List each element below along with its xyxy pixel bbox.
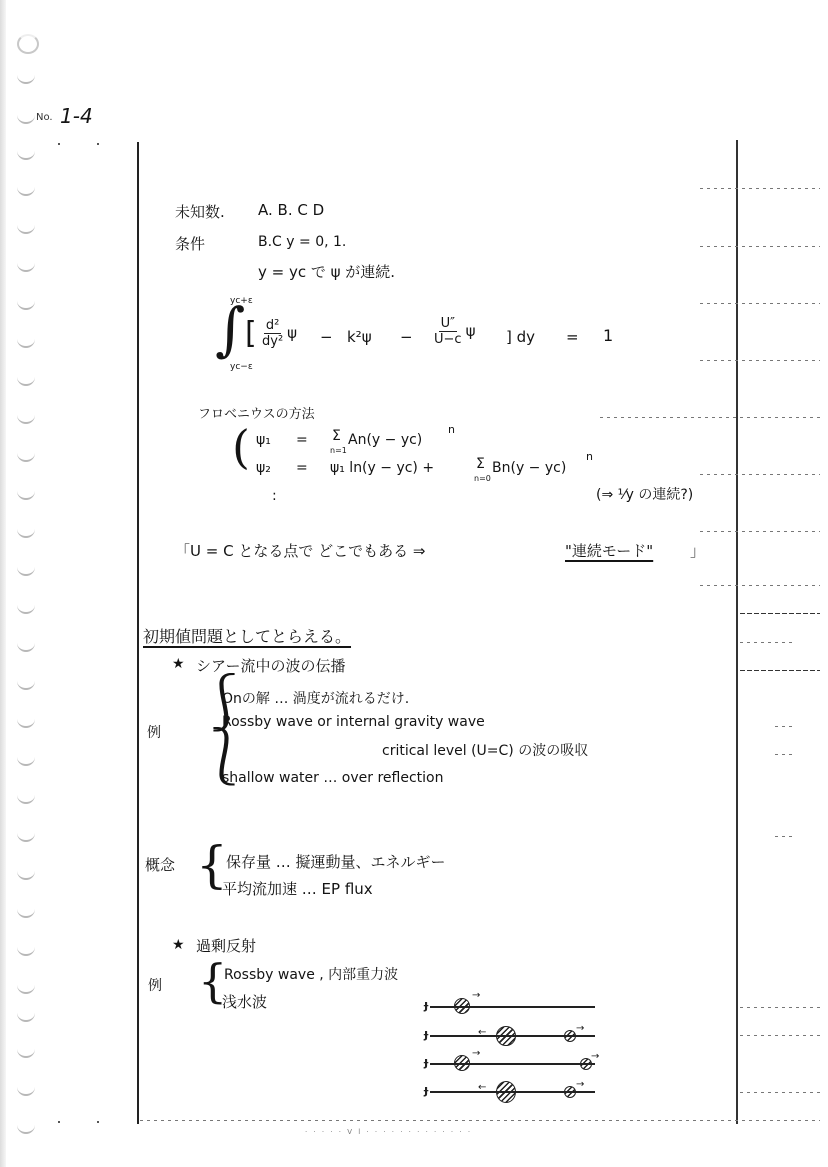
integral-upper-limit: yc+ε — [230, 296, 253, 306]
shear-numerator: U″ — [439, 316, 457, 332]
star-bullet-icon: ★ — [172, 656, 185, 672]
binder-hole — [17, 148, 35, 160]
binder-hole — [17, 792, 35, 804]
page-number: 1-4 — [60, 104, 93, 128]
sum-sign: Σ — [332, 428, 341, 444]
ruled-line — [775, 754, 795, 755]
binder-hole — [17, 1010, 35, 1022]
open-bracket: [ — [245, 316, 257, 351]
source-mark: ɟ — [424, 998, 428, 1012]
concept-item: 平均流加速 … EP flux — [222, 878, 373, 899]
psi2-series: Bn(y − yc) — [492, 460, 566, 476]
conditions-label: 条件 — [175, 233, 205, 254]
ruled-line — [740, 613, 820, 614]
binder-hole — [17, 72, 35, 84]
ruled-line — [740, 670, 820, 671]
k-squared-term: k²ψ — [347, 328, 372, 346]
binder-hole — [17, 640, 35, 652]
unknowns-label: 未知数. — [175, 201, 225, 222]
binder-hole — [17, 982, 35, 994]
example-item: 浅水波 — [222, 991, 267, 1012]
psi1-series: An(y − yc) — [348, 432, 422, 448]
integral-lower-limit: yc−ε — [230, 362, 253, 372]
scan-artifact: · · · · · V l · · · · · · · · · · · · · — [305, 1128, 472, 1136]
binder-hole — [17, 830, 35, 842]
sum-sign: Σ — [476, 456, 485, 472]
resonance-statement: 「U = C となる点で どこでもある ⇒ — [175, 540, 425, 561]
example-label: 例 — [148, 975, 162, 995]
ruled-line — [775, 836, 795, 837]
source-mark: ɟ — [424, 1083, 428, 1097]
binder-hole — [17, 906, 35, 918]
binder-hole — [17, 1046, 35, 1058]
binder-hole — [17, 678, 35, 690]
over-reflection-diagram: ɟ → ɟ ← → ɟ → → ɟ ← → — [420, 994, 600, 1104]
psi1-lhs: ψ₁ — [256, 432, 271, 448]
binder-hole — [17, 336, 35, 348]
close-bracket-dy: ] dy — [506, 328, 535, 346]
exponent-n: n — [448, 423, 455, 436]
binder-hole — [17, 564, 35, 576]
ruled-line — [700, 585, 820, 586]
ruled-line — [700, 360, 820, 361]
continuity-question: (⇒ ¹⁄y の連続?) — [596, 484, 693, 504]
binder-hole — [17, 1122, 35, 1134]
arrow-icon: → — [591, 1051, 599, 1062]
derivative-term: d²dy²ψ — [258, 318, 297, 349]
psi-symbol: ψ — [466, 322, 476, 340]
equals-sign: = — [296, 460, 308, 476]
ruled-line — [700, 474, 820, 475]
psi2-log-term: ψ₁ ln(y − yc) + — [330, 460, 434, 476]
ruled-line — [140, 1120, 820, 1121]
reflected-packet — [564, 1086, 576, 1098]
binder-hole — [17, 450, 35, 462]
ruled-line — [740, 1007, 820, 1008]
binder-hole — [17, 944, 35, 956]
continuous-mode-term: "連続モード" — [565, 540, 653, 561]
wave-packet — [496, 1026, 516, 1046]
psi2-lhs: ψ₂ — [256, 460, 271, 476]
unknowns-value: A. B. C D — [258, 201, 324, 219]
ruled-line — [700, 246, 820, 247]
derivative-denominator: dy² — [262, 334, 283, 349]
binder-hole — [17, 868, 35, 880]
ruled-line — [700, 303, 820, 304]
psi-symbol: ψ — [287, 324, 297, 342]
equals-sign: = — [296, 432, 308, 448]
scan-dot — [97, 1121, 99, 1123]
binder-hole — [17, 374, 35, 386]
minus-sign: − — [400, 328, 413, 346]
scan-dot — [58, 143, 60, 145]
binder-hole — [17, 34, 39, 54]
sum-index: n=1 — [330, 446, 347, 455]
continuity-condition: y = yc で ψ が連続. — [258, 261, 395, 282]
binder-hole — [17, 1084, 35, 1096]
ruled-line — [740, 1035, 820, 1036]
over-reflection-subheading: 過剰反射 — [196, 935, 256, 956]
close-quote: 」 — [690, 540, 705, 561]
arrow-icon: ← — [478, 1027, 486, 1038]
binder-hole — [17, 526, 35, 538]
ruled-line — [740, 1092, 820, 1093]
scan-dot — [97, 143, 99, 145]
example-item: Rossby wave , 内部重力波 — [224, 964, 398, 984]
binder-hole — [17, 260, 35, 272]
ruled-line — [775, 726, 795, 727]
example-item: Onの解 … 渦度が流れるだけ. — [222, 688, 409, 708]
binder-hole — [17, 222, 35, 234]
ruled-line — [700, 531, 820, 532]
binder-hole — [17, 754, 35, 766]
wave-packet — [496, 1081, 516, 1103]
source-mark: ɟ — [424, 1055, 428, 1069]
binder-hole — [17, 298, 35, 310]
sum-index: n=0 — [474, 474, 491, 483]
example-item: Rossby wave or internal gravity wave — [222, 714, 485, 730]
frobenius-title: フロベニウスの方法 — [198, 403, 315, 422]
ruled-line — [700, 188, 820, 189]
binder-hole — [17, 602, 35, 614]
minus-sign: − — [320, 328, 333, 346]
derivative-numerator: d² — [264, 318, 281, 334]
page-number-prefix: No. — [36, 112, 53, 123]
ruled-line — [600, 417, 820, 418]
ellipsis: : — [272, 488, 277, 504]
wave-packet — [454, 1055, 470, 1071]
concept-item: 保存量 … 擬運動量、エネルギー — [226, 851, 446, 872]
paren-brace: ( — [232, 424, 250, 470]
binder-hole — [17, 184, 35, 196]
example-item: shallow water … over reflection — [222, 770, 443, 786]
initial-value-heading: 初期値問題としてとらえる。 — [143, 624, 351, 647]
binder-hole — [17, 412, 35, 424]
arrow-icon: → — [576, 1079, 584, 1090]
scan-dot — [58, 1121, 60, 1123]
exponent-n: n — [586, 450, 593, 463]
shear-term: U″U−cψ — [430, 316, 475, 347]
shear-denominator: U−c — [434, 332, 462, 347]
arrow-icon: ← — [478, 1082, 486, 1093]
star-bullet-icon: ★ — [172, 937, 185, 953]
boundary-condition: B.C y = 0, 1. — [258, 234, 346, 250]
notebook-page: No. 1-4 未知数. A. B. C D 条件 B.C y = 0, 1. … — [0, 0, 828, 1167]
source-mark: ɟ — [424, 1027, 428, 1041]
arrow-icon: → — [576, 1023, 584, 1034]
page-edge — [0, 0, 6, 1167]
binder-hole — [17, 716, 35, 728]
binder-hole — [17, 112, 35, 124]
example-item: critical level (U=C) の波の吸収 — [382, 740, 588, 760]
right-margin-line — [736, 140, 738, 1124]
reflected-packet — [564, 1030, 576, 1042]
concept-label: 概念 — [145, 854, 175, 875]
arrow-icon: → — [472, 990, 480, 1001]
arrow-icon: → — [472, 1048, 480, 1059]
binder-hole — [17, 488, 35, 500]
rhs-value: 1 — [603, 326, 613, 345]
equals-sign: = — [566, 328, 579, 346]
wave-packet — [454, 998, 470, 1014]
integral-sign: ∫ — [215, 300, 245, 358]
left-margin-line — [137, 142, 139, 1124]
ruled-line — [740, 642, 795, 643]
example-label: 例 — [147, 722, 161, 742]
